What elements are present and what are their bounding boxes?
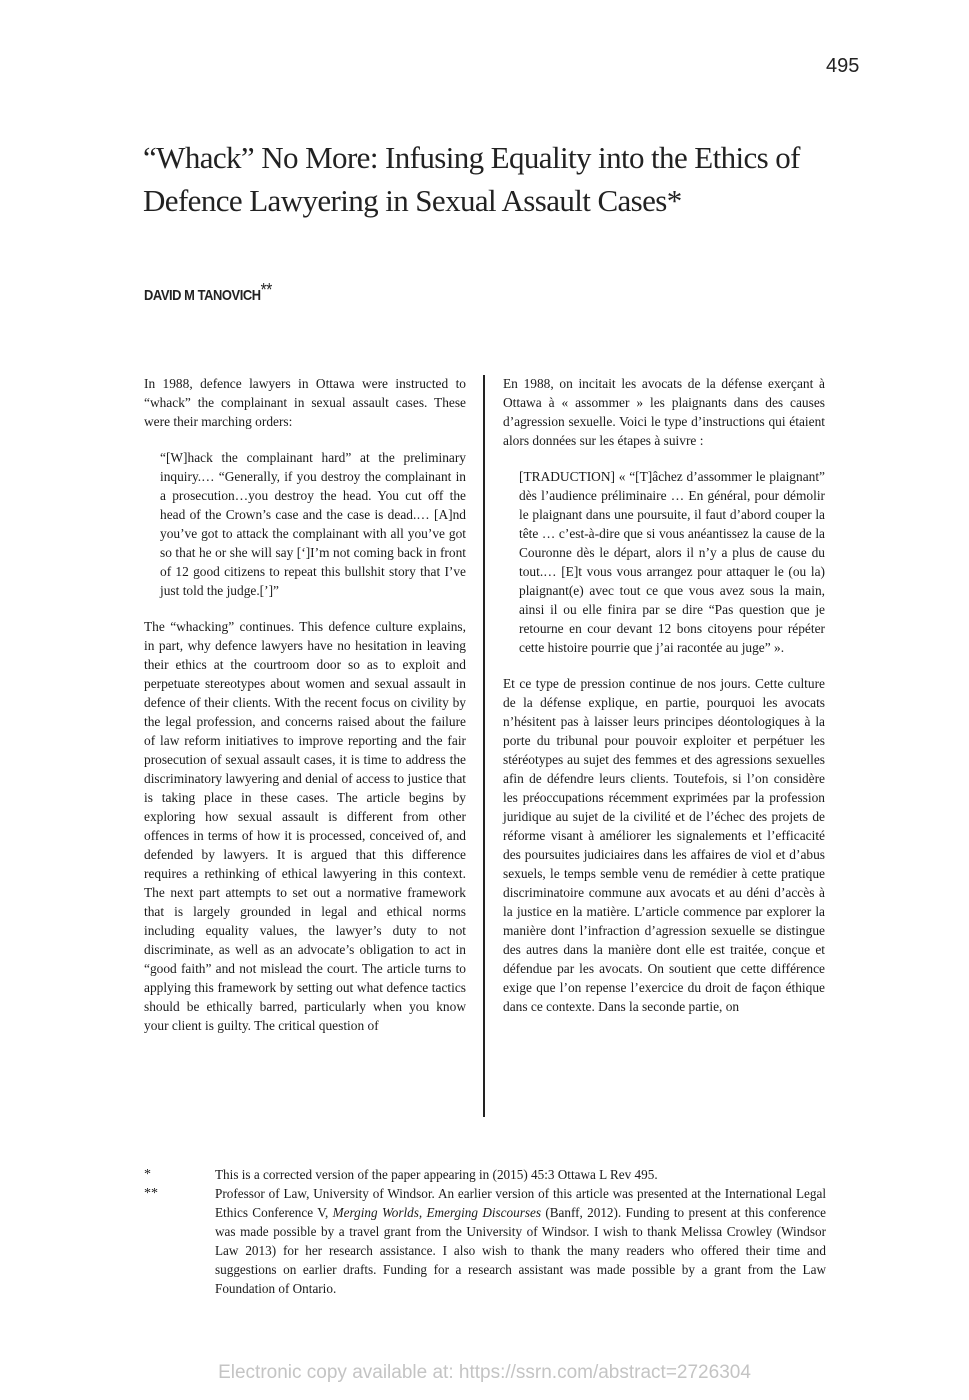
english-intro: In 1988, defence lawyers in Ottawa were … bbox=[144, 374, 466, 431]
french-intro: En 1988, on incitait les avocats de la d… bbox=[503, 374, 825, 450]
conference-title: Merging Worlds, Emerging Discourses bbox=[333, 1205, 541, 1220]
ssrn-watermark-link[interactable]: Electronic copy available at: https://ss… bbox=[0, 1362, 969, 1384]
author-name: DAVID M TANOVICH** bbox=[144, 280, 272, 304]
french-abstract-column: En 1988, on incitait les avocats de la d… bbox=[503, 374, 825, 1016]
footnotes: * This is a corrected version of the pap… bbox=[144, 1165, 826, 1298]
english-body: The “whacking” continues. This defence c… bbox=[144, 617, 466, 1035]
footnote: * This is a corrected version of the pap… bbox=[144, 1165, 826, 1184]
author-name-text: DAVID M TANOVICH bbox=[144, 287, 261, 304]
page-number: 495 bbox=[826, 55, 859, 78]
column-divider bbox=[483, 375, 485, 1117]
footnote-text: Professor of Law, University of Windsor.… bbox=[215, 1184, 826, 1298]
english-quote: “[W]hack the complainant hard” at the pr… bbox=[160, 448, 466, 600]
english-abstract-column: In 1988, defence lawyers in Ottawa were … bbox=[144, 374, 466, 1035]
french-body: Et ce type de pression continue de nos j… bbox=[503, 674, 825, 1016]
footnote-text: This is a corrected version of the paper… bbox=[215, 1165, 826, 1184]
footnote-mark: * bbox=[144, 1165, 215, 1184]
author-footnote-mark: ** bbox=[261, 280, 272, 300]
footnote-mark: ** bbox=[144, 1184, 215, 1298]
article-title: “Whack” No More: Infusing Equality into … bbox=[143, 136, 843, 222]
french-quote: [TRADUCTION] « “[T]âchez d’assommer le p… bbox=[519, 467, 825, 657]
footnote: ** Professor of Law, University of Winds… bbox=[144, 1184, 826, 1298]
